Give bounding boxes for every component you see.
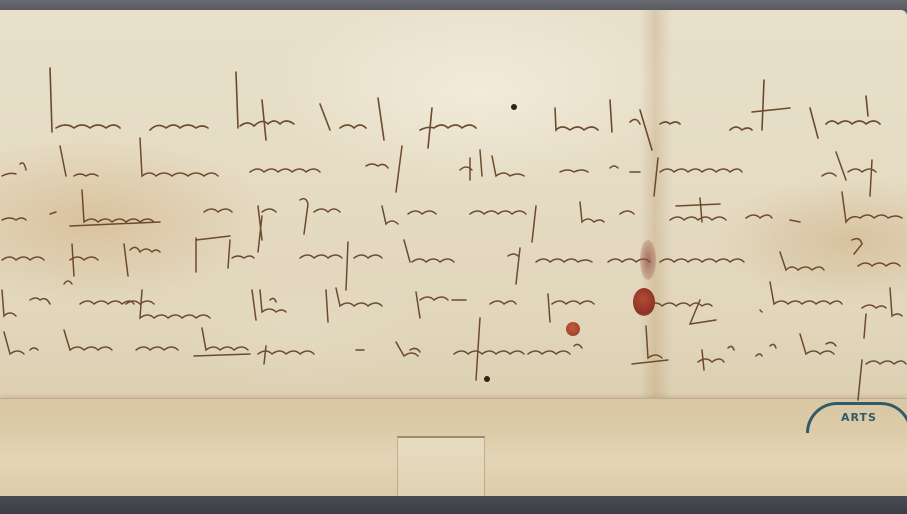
text-line-6 — [4, 318, 906, 400]
wax-spot-small — [566, 322, 580, 336]
archive-stamp-text: ARTS — [809, 411, 907, 424]
wax-spot-large — [633, 288, 655, 316]
handwritten-text — [0, 0, 907, 514]
text-line-3 — [2, 190, 902, 242]
text-line-4 — [2, 216, 900, 290]
text-line-5 — [2, 281, 902, 338]
archive-stamp: ARTS — [806, 402, 907, 433]
ink-dot-top — [511, 104, 517, 110]
text-line-2 — [2, 138, 876, 196]
text-line-1 — [50, 68, 880, 150]
ink-dot — [484, 376, 490, 382]
wax-stain-upper — [640, 240, 656, 280]
